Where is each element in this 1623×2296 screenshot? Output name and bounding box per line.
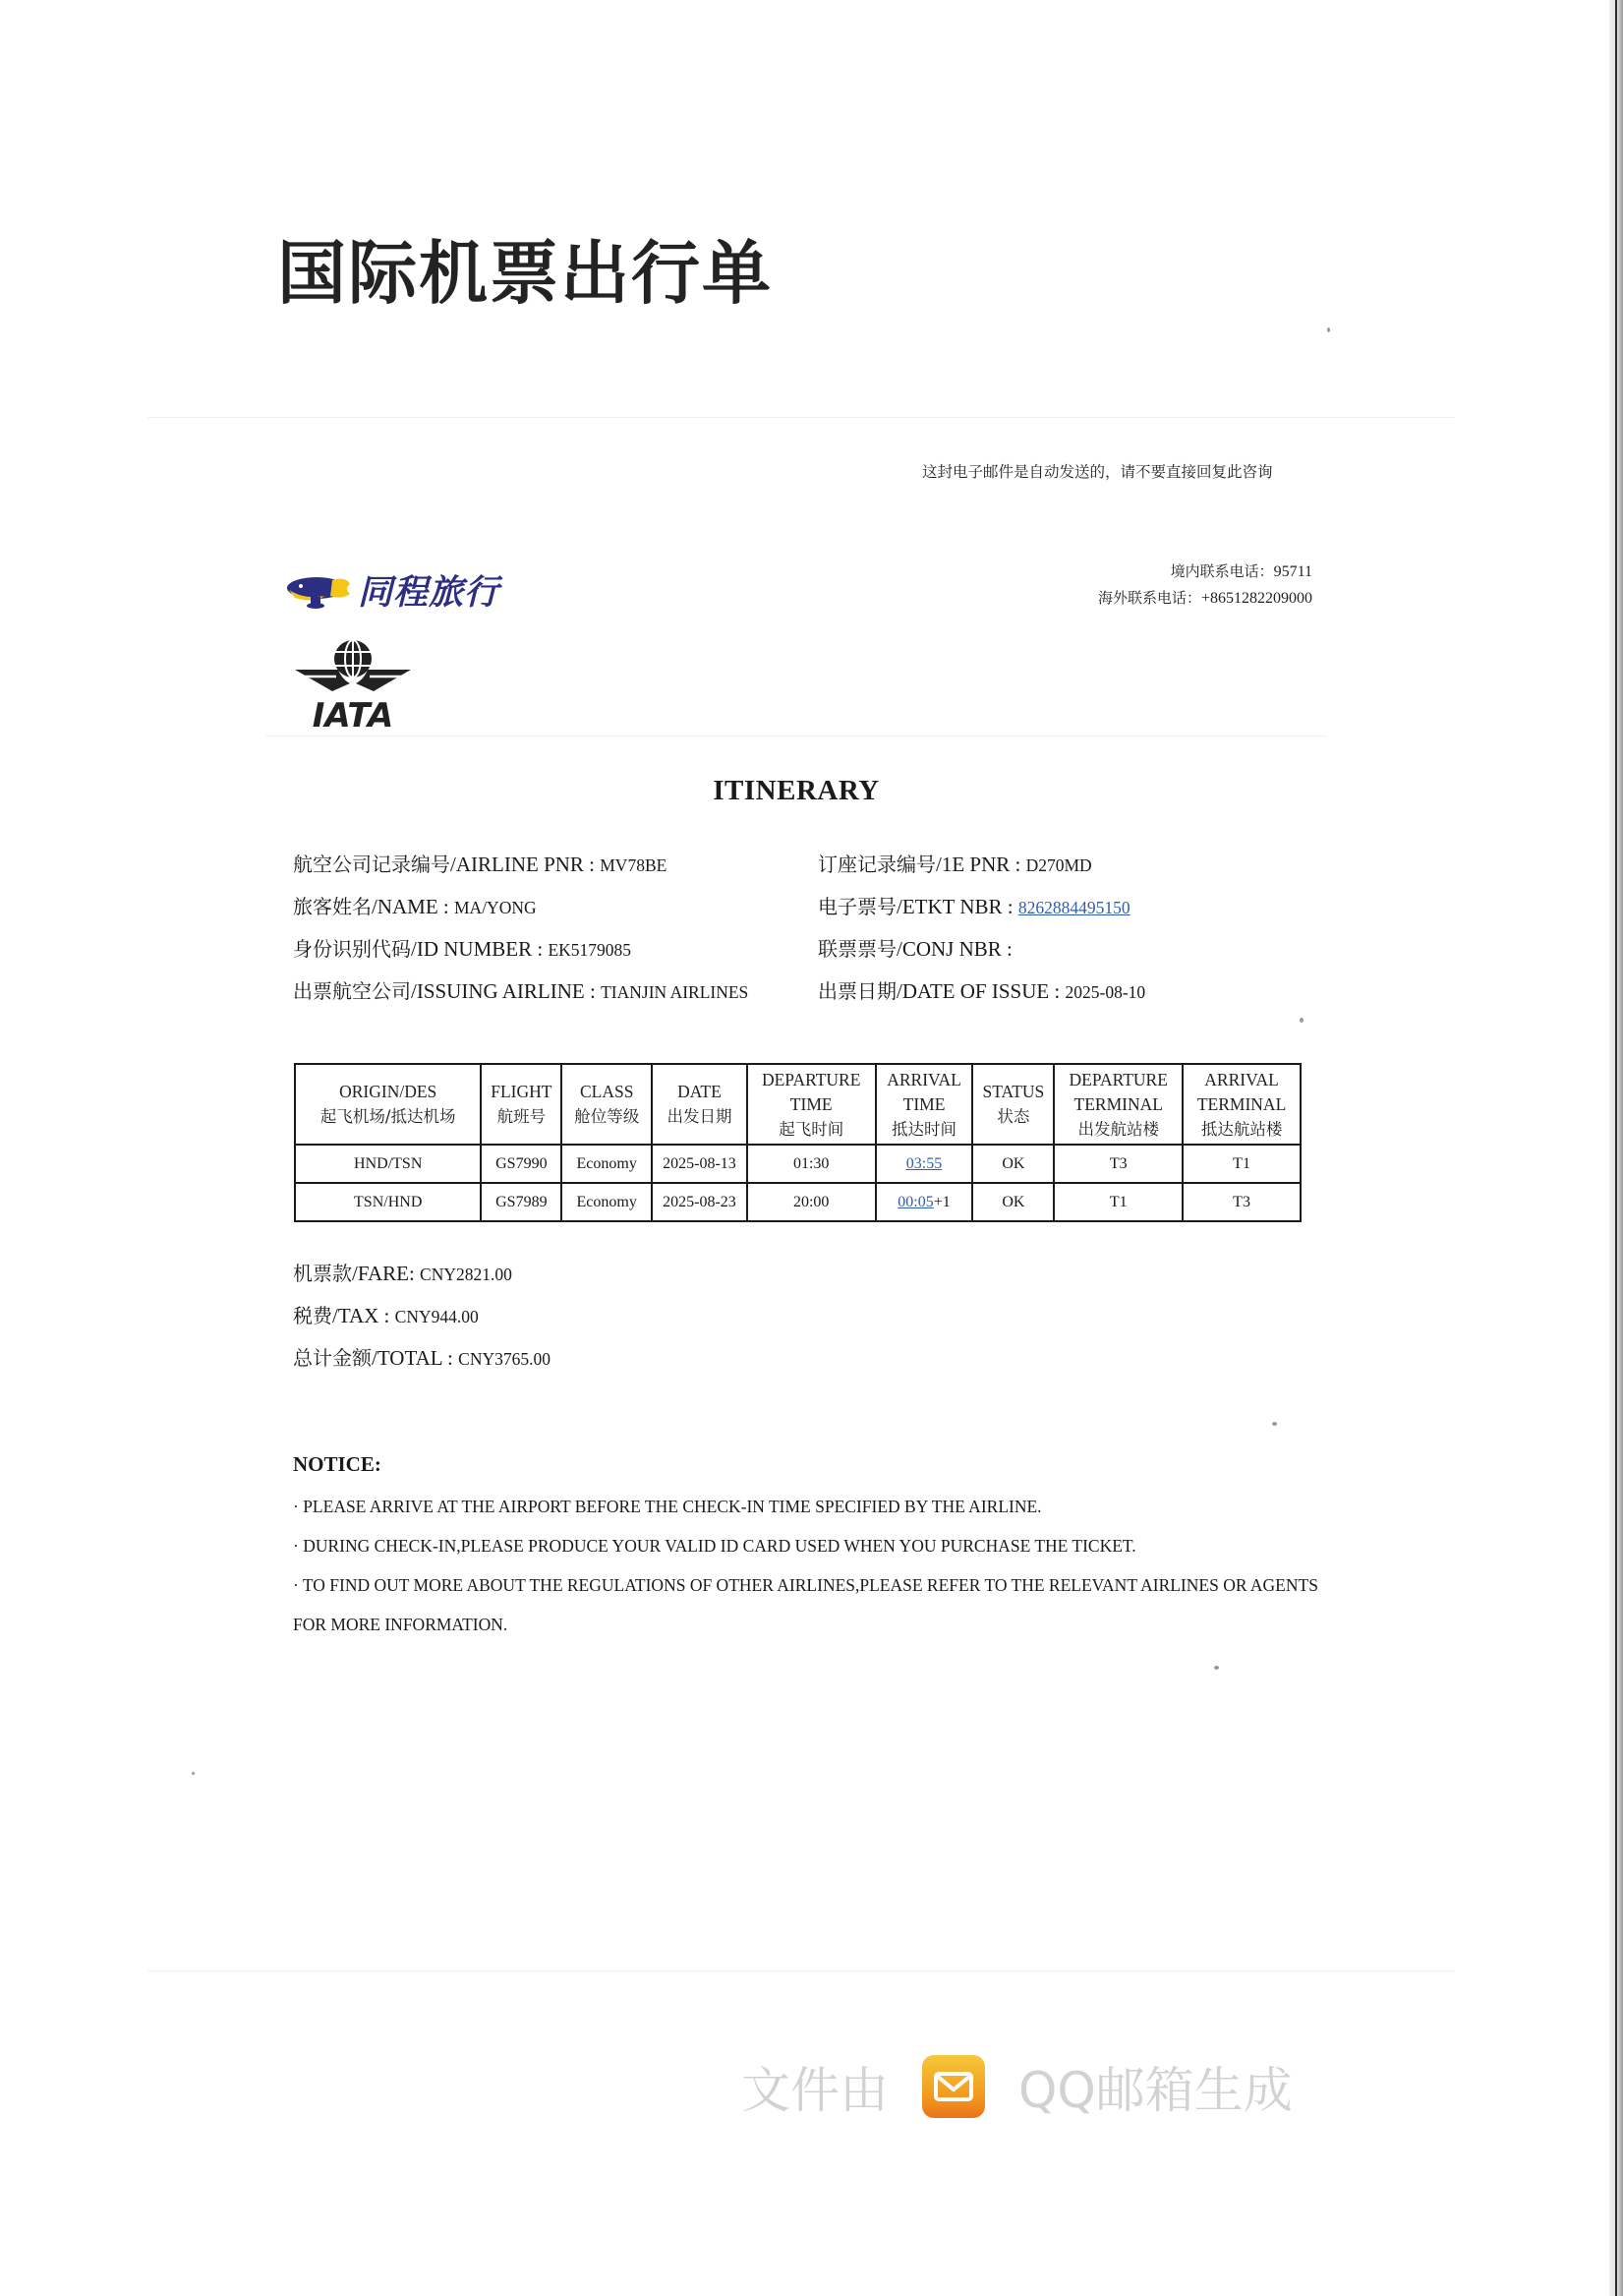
fare-summary: 机票款/FARE: CNY2821.00 税费/TAX : CNY944.00 …: [293, 1253, 551, 1380]
conj-number: 联票票号/CONJ NBR :: [818, 928, 1145, 971]
cell-arr-terminal: T3: [1183, 1183, 1301, 1221]
header-arrival-terminal: ARRIVAL TERMINAL抵达航站楼: [1183, 1064, 1301, 1145]
cell-status: OK: [972, 1145, 1054, 1183]
header-date: DATE出发日期: [652, 1064, 747, 1145]
svg-text:IATA: IATA: [313, 696, 394, 731]
divider: [147, 1971, 1455, 1972]
iata-logo-icon: IATA: [293, 634, 413, 731]
brand-bird-icon: [285, 570, 352, 610]
contact-info: 境内联系电话：95711 海外联系电话：+8651282209000: [1098, 559, 1312, 612]
cell-class: Economy: [561, 1183, 652, 1221]
table-row: HND/TSN GS7990 Economy 2025-08-13 01:30 …: [295, 1145, 1301, 1183]
qq-mail-watermark: 文件由 QQ邮箱生成: [741, 2051, 1293, 2122]
divider: [265, 736, 1327, 736]
issuing-airline: 出票航空公司/ISSUING AIRLINE : TIANJIN AIRLINE…: [293, 971, 748, 1013]
mail-icon: [922, 2055, 985, 2118]
cell-status: OK: [972, 1183, 1054, 1221]
booking-info-right: 订座记录编号/1E PNR : D270MD 电子票号/ETKT NBR : 8…: [818, 844, 1145, 1013]
header-origin-des: ORIGIN/DES起飞机场/抵达机场: [295, 1064, 481, 1145]
cell-arr-time: 00:05+1: [876, 1183, 973, 1221]
cell-flight: GS7990: [481, 1145, 561, 1183]
watermark-prefix: 文件由: [741, 2051, 889, 2122]
cell-flight: GS7989: [481, 1183, 561, 1221]
notice-item: · PLEASE ARRIVE AT THE AIRPORT BEFORE TH…: [293, 1487, 1335, 1526]
total: 总计金额/TOTAL : CNY3765.00: [293, 1337, 551, 1380]
brand-logo: 同程旅行: [285, 565, 499, 615]
passenger-name: 旅客姓名/NAME : MA/YONG: [293, 886, 748, 928]
cell-dep-terminal: T1: [1054, 1183, 1183, 1221]
scan-speck: [1300, 1018, 1304, 1023]
cell-class: Economy: [561, 1145, 652, 1183]
cell-date: 2025-08-23: [652, 1183, 747, 1221]
etkt-number: 电子票号/ETKT NBR : 8262884495150: [818, 886, 1145, 928]
id-number: 身份识别代码/ID NUMBER : EK5179085: [293, 928, 748, 971]
arrival-time-link[interactable]: 00:05: [898, 1194, 933, 1210]
header-departure-terminal: DEPARTURE TERMINAL出发航站楼: [1054, 1064, 1183, 1145]
scan-speck: [192, 1772, 195, 1775]
cell-dep-terminal: T3: [1054, 1145, 1183, 1183]
contact-overseas: 海外联系电话：+8651282209000: [1098, 585, 1312, 612]
cell-route: HND/TSN: [295, 1145, 481, 1183]
header-arrival-time: ARRIVAL TIME抵达时间: [876, 1064, 973, 1145]
cell-route: TSN/HND: [295, 1183, 481, 1221]
scan-speck: [1214, 1666, 1219, 1670]
page-title: 国际机票出行单: [277, 218, 773, 318]
flight-table: ORIGIN/DES起飞机场/抵达机场 FLIGHT航班号 CLASS舱位等级 …: [294, 1063, 1302, 1222]
1e-pnr: 订座记录编号/1E PNR : D270MD: [818, 844, 1145, 886]
contact-domestic: 境内联系电话：95711: [1098, 559, 1312, 585]
tax: 税费/TAX : CNY944.00: [293, 1295, 551, 1337]
etkt-number-link[interactable]: 8262884495150: [1018, 898, 1130, 917]
booking-info-left: 航空公司记录编号/AIRLINE PNR : MV78BE 旅客姓名/NAME …: [293, 844, 748, 1013]
notice-item: · TO FIND OUT MORE ABOUT THE REGULATIONS…: [293, 1565, 1335, 1644]
cell-dep-time: 01:30: [747, 1145, 876, 1183]
airline-pnr: 航空公司记录编号/AIRLINE PNR : MV78BE: [293, 844, 748, 886]
divider: [147, 417, 1455, 418]
scan-speck: [1272, 1422, 1277, 1426]
cell-arr-time: 03:55: [876, 1145, 973, 1183]
header-class: CLASS舱位等级: [561, 1064, 652, 1145]
arrival-time-link[interactable]: 03:55: [906, 1155, 942, 1172]
table-header-row: ORIGIN/DES起飞机场/抵达机场 FLIGHT航班号 CLASS舱位等级 …: [295, 1064, 1301, 1145]
notice-title: NOTICE:: [293, 1452, 1335, 1477]
header-status: STATUS状态: [972, 1064, 1054, 1145]
header-departure-time: DEPARTURE TIME起飞时间: [747, 1064, 876, 1145]
brand-name: 同程旅行: [358, 565, 499, 615]
cell-dep-time: 20:00: [747, 1183, 876, 1221]
itinerary-title: ITINERARY: [0, 775, 1593, 807]
notice-section: NOTICE: · PLEASE ARRIVE AT THE AIRPORT B…: [293, 1452, 1335, 1644]
scan-edge: [1609, 0, 1623, 2296]
watermark-suffix: QQ邮箱生成: [1018, 2051, 1293, 2122]
cell-arr-terminal: T1: [1183, 1145, 1301, 1183]
notice-item: · DURING CHECK-IN,PLEASE PRODUCE YOUR VA…: [293, 1526, 1335, 1565]
fare: 机票款/FARE: CNY2821.00: [293, 1253, 551, 1295]
scan-speck: [1327, 327, 1330, 332]
cell-date: 2025-08-13: [652, 1145, 747, 1183]
header-flight: FLIGHT航班号: [481, 1064, 561, 1145]
table-row: TSN/HND GS7989 Economy 2025-08-23 20:00 …: [295, 1183, 1301, 1221]
auto-reply-notice: 这封电子邮件是自动发送的，请不要直接回复此咨询: [922, 460, 1273, 482]
date-of-issue: 出票日期/DATE OF ISSUE : 2025-08-10: [818, 971, 1145, 1013]
